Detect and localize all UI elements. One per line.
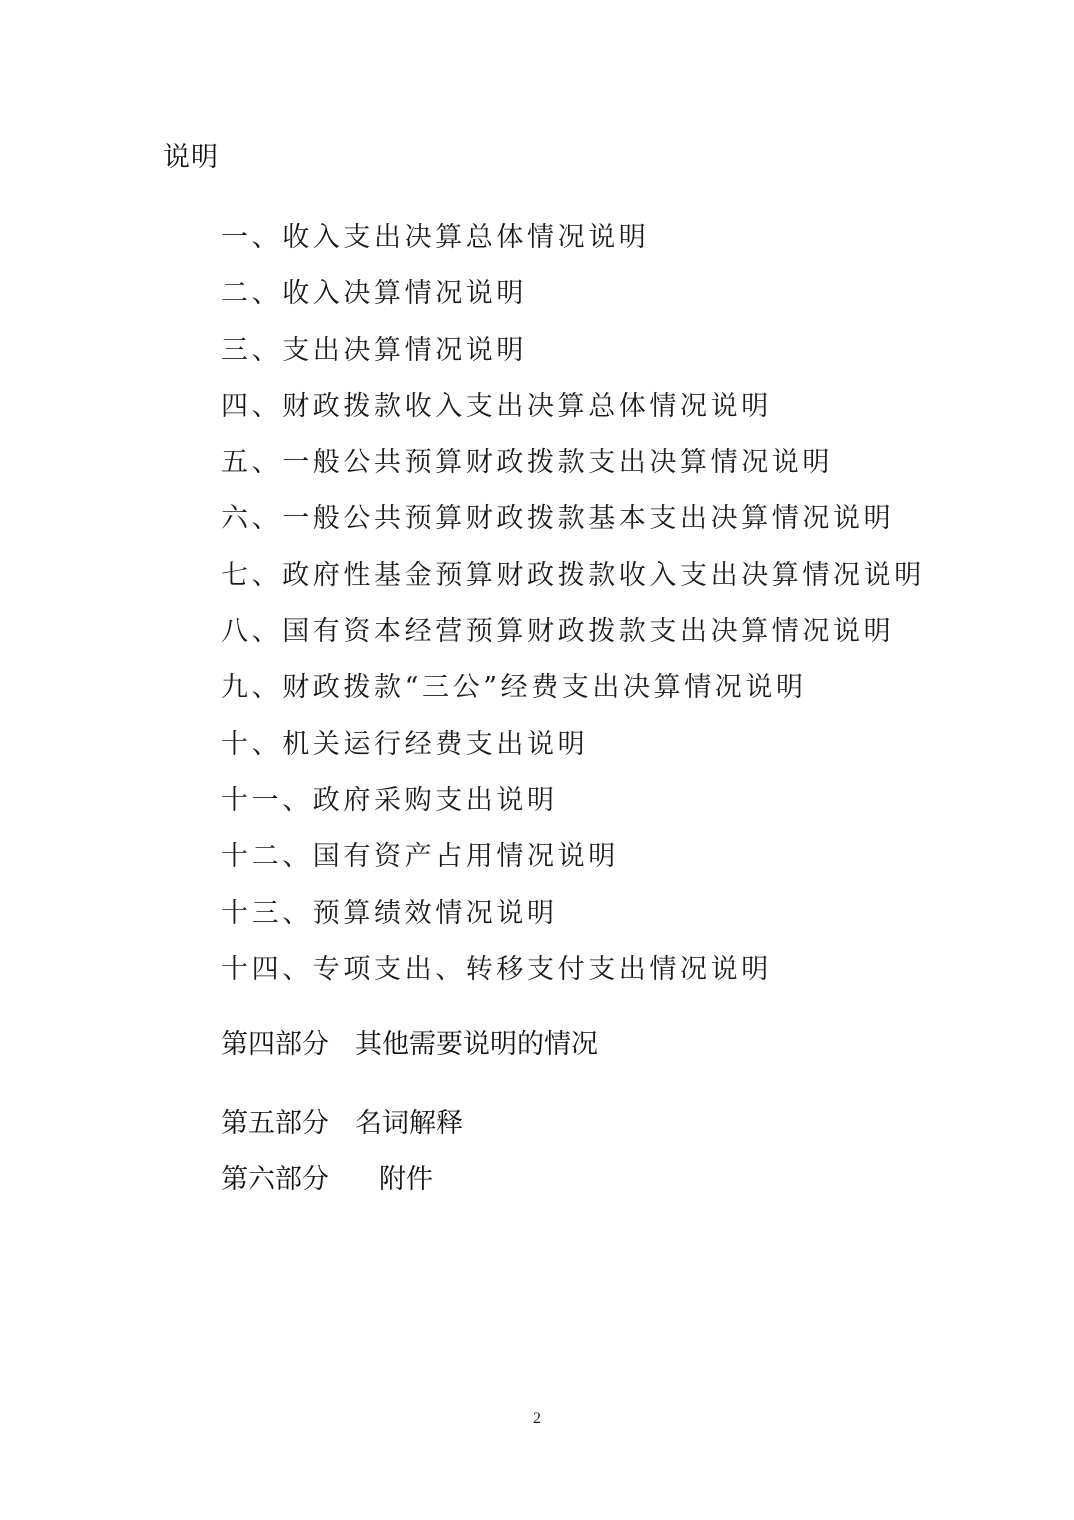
toc-item-1[interactable]: 一、收入支出决算总体情况说明: [221, 218, 925, 274]
toc-item-4[interactable]: 四、财政拨款收入支出决算总体情况说明: [221, 387, 925, 443]
toc-item-10[interactable]: 十、机关运行经费支出说明: [221, 725, 925, 781]
toc-item-3[interactable]: 三、支出决算情况说明: [221, 331, 925, 387]
part-number: 第四部分: [221, 1025, 329, 1065]
part-title: 其他需要说明的情况: [355, 1025, 598, 1065]
document-page: 说明 一、收入支出决算总体情况说明 二、收入决算情况说明 三、支出决算情况说明 …: [0, 0, 1074, 1520]
part-6-entry[interactable]: 第六部分附件: [221, 1160, 433, 1200]
toc-item-14[interactable]: 十四、专项支出、转移支付支出情况说明: [221, 950, 925, 1006]
toc-item-8[interactable]: 八、国有资本经营预算财政拨款支出决算情况说明: [221, 612, 925, 668]
toc-item-5[interactable]: 五、一般公共预算财政拨款支出决算情况说明: [221, 443, 925, 499]
part-title: 名词解释: [355, 1104, 463, 1144]
part-4-entry[interactable]: 第四部分其他需要说明的情况: [221, 1025, 598, 1065]
toc-item-9[interactable]: 九、财政拨款“三公”经费支出决算情况说明: [221, 668, 925, 724]
part-number: 第五部分: [221, 1104, 329, 1144]
toc-item-12[interactable]: 十二、国有资产占用情况说明: [221, 837, 925, 893]
part-number: 第六部分: [221, 1160, 329, 1200]
part-title: 附件: [379, 1160, 433, 1200]
toc-item-6[interactable]: 六、一般公共预算财政拨款基本支出决算情况说明: [221, 499, 925, 555]
part-5-entry[interactable]: 第五部分名词解释: [221, 1104, 463, 1144]
toc-item-2[interactable]: 二、收入决算情况说明: [221, 274, 925, 330]
toc-item-11[interactable]: 十一、政府采购支出说明: [221, 781, 925, 837]
toc-list: 一、收入支出决算总体情况说明 二、收入决算情况说明 三、支出决算情况说明 四、财…: [221, 218, 925, 1006]
toc-item-7[interactable]: 七、政府性基金预算财政拨款收入支出决算情况说明: [221, 556, 925, 612]
page-number: 2: [0, 1410, 1074, 1428]
section-heading: 说明: [163, 140, 219, 176]
toc-item-13[interactable]: 十三、预算绩效情况说明: [221, 894, 925, 950]
